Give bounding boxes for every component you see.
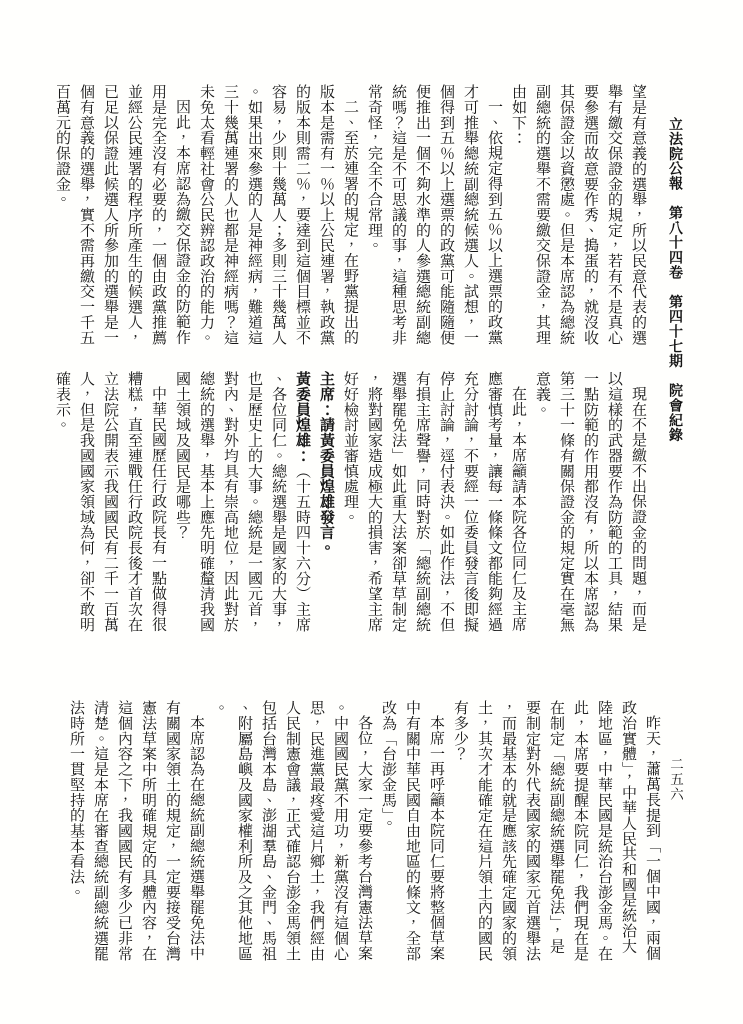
register-middle: 現在不是繳不出保證金的問題，而是以這樣的武器要作為防範的工具，結果一點防範的作用… xyxy=(46,371,650,634)
page-number: 二五六 xyxy=(664,757,684,817)
paragraph-point-one: 一、依規定得到五％以上選票的政黨才可推舉總統副總統候選人。試想，一個得到五％以上… xyxy=(362,84,506,347)
paragraph-one-china-two-entities: 昨天，蕭萬長提到「一個中國，兩個政治實體」，中華人民共和國是統治大陸地區，中華民… xyxy=(448,700,664,963)
speaker-name: 黃委員煌雄： xyxy=(294,371,310,463)
speaker-speech-opening: 黃委員煌雄：（十五時四十六分）主席、各位同仁。總統選舉是國家的大事，也是歷史上的… xyxy=(170,371,314,634)
paragraph-appeal-to-chair: 在此，本席籲請本院各位同仁及主席應審慎考量，讓每一條條文都能夠經過充分討論，不要… xyxy=(338,371,530,634)
paragraph-conclusion-deposit: 因此，本席認為繳交保證金的防範作用是完全沒有必要的，一個由政黨推薦並經公民連署的… xyxy=(50,84,194,347)
speaker-speech-text: （十五時四十六分）主席、各位同仁。總統選舉是國家的大事，也是歷史上的大事。總統是… xyxy=(174,371,310,632)
paragraph-point-two: 二、至於連署的規定，在野黨提出的版本是需有一％以上公民連署，執政黨的版本則需二％… xyxy=(194,84,362,347)
paragraph-taiwan-constitution-draft: 各位，大家一定要參考台灣憲法草案。中國國民黨不用功，新黨沒有這個心思，民進黨最疼… xyxy=(208,700,376,963)
paragraph-premiers-remark: 中華民國歷任行政院長有一點做得很糟糕，直至連戰任行政院長後才首次在立法院公開表示… xyxy=(50,371,170,634)
register-bottom: 昨天，蕭萬長提到「一個中國，兩個政治實體」，中華人民共和國是統治大陸地區，中華民… xyxy=(60,700,664,963)
paragraph-territory-position: 本席認為在總統副總統選舉罷免法中有關國家領土的規定，一定要接受台灣憲法草案中所明… xyxy=(64,700,208,963)
gazette-scanned-page: 立法院公報 第八十四卷 第四十七期 院會紀錄 二五六 望是有意義的選舉，所以民意… xyxy=(0,0,743,1024)
paragraph-rename-free-area: 本席一再呼籲本院同仁要將整個草案中有關中華民國自由地區的條文，全部改為「台澎金馬… xyxy=(376,700,448,963)
chair-announcement-line: 主席：請黃委員煌雄發言。 xyxy=(314,371,338,634)
paragraph-continuation: 望是有意義的選舉，所以民意代表的選舉有繳交保證金的規定，若有不是真心要參選而故意… xyxy=(506,84,650,347)
gazette-masthead: 立法院公報 第八十四卷 第四十七期 院會紀錄 xyxy=(658,117,690,467)
register-top: 望是有意義的選舉，所以民意代表的選舉有繳交保證金的規定，若有不是真心要參選而故意… xyxy=(46,84,650,347)
paragraph-deposit-meaningless: 現在不是繳不出保證金的問題，而是以這樣的武器要作為防範的工具，結果一點防範的作用… xyxy=(530,371,650,634)
